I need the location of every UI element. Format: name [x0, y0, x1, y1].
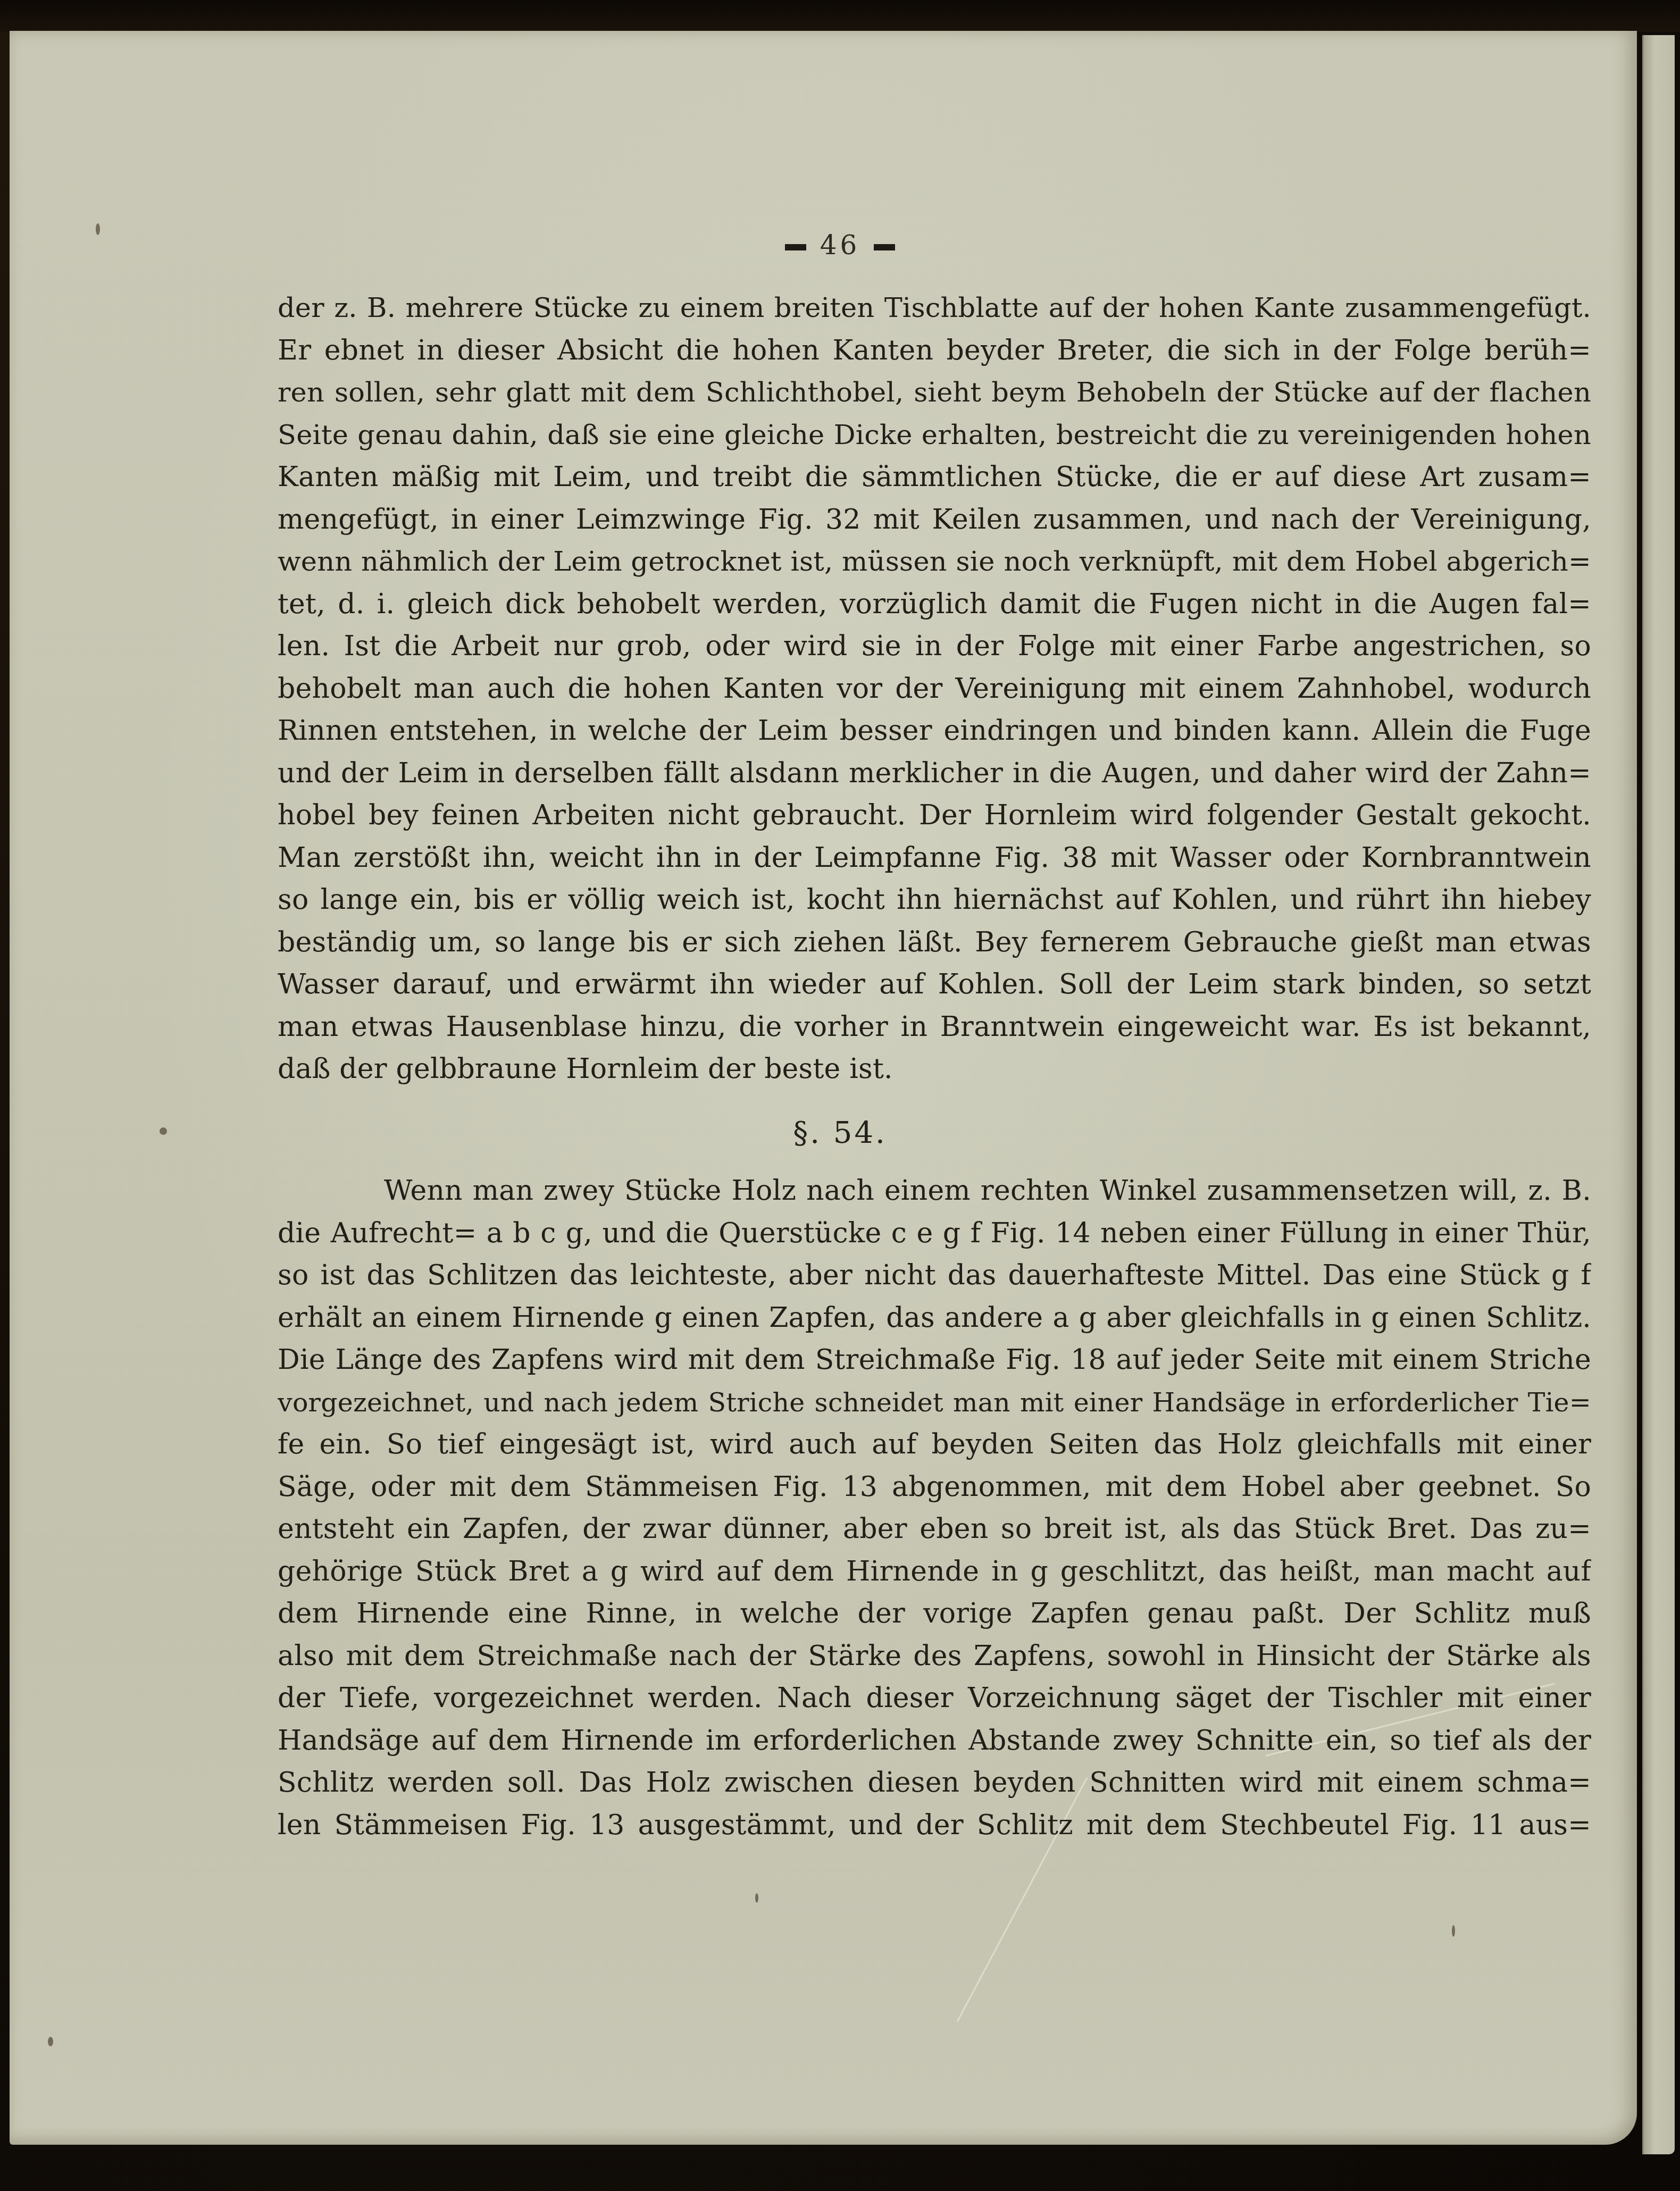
text-line: Handsäge auf dem Hirnende im erforderlic… — [278, 1720, 1591, 1762]
adjacent-page-edge — [1642, 35, 1675, 2154]
text-line: gehörige Stück Bret a g wird auf dem Hir… — [278, 1551, 1591, 1593]
text-line: die Aufrecht= a b c g, und die Querstück… — [278, 1212, 1591, 1255]
text-line: man etwas Hausenblase hinzu, die vorher … — [278, 1006, 1591, 1049]
text-line: behobelt man auch die hohen Kanten vor d… — [278, 668, 1591, 710]
text-line: Wenn man zwey Stücke Holz nach einem rec… — [278, 1170, 1591, 1212]
page-number: 46 — [820, 230, 860, 261]
scan-background-top — [0, 0, 1680, 32]
text-line: wenn nähmlich der Leim getrocknet ist, m… — [278, 541, 1591, 583]
text-line: beständig um, so lange bis er sich ziehe… — [278, 922, 1591, 964]
text-line: Rinnen entstehen, in welche der Leim bes… — [278, 710, 1591, 752]
text-line: erhält an einem Hirnende g einen Zapfen,… — [278, 1297, 1591, 1340]
text-line: len Stämmeisen Fig. 13 ausgestämmt, und … — [278, 1804, 1591, 1847]
text-line: vorgezeichnet, und nach jedem Striche sc… — [278, 1382, 1591, 1424]
text-line: also mit dem Streichmaße nach der Stärke… — [278, 1635, 1591, 1678]
text-line: fe ein. So tief eingesägt ist, wird auch… — [278, 1424, 1591, 1466]
text-line: dem Hirnende eine Rinne, in welche der v… — [278, 1593, 1591, 1635]
text-line: der z. B. mehrere Stücke zu einem breite… — [278, 287, 1591, 330]
text-line: so ist das Schlitzen das leichteste, abe… — [278, 1255, 1591, 1297]
text-line: Die Länge des Zapfens wird mit dem Strei… — [278, 1339, 1591, 1382]
section-heading: §. 54. — [0, 1116, 1680, 1150]
text-line: daß der gelbbraune Hornleim der beste is… — [278, 1048, 1591, 1091]
text-line: len. Ist die Arbeit nur grob, oder wird … — [278, 625, 1591, 668]
text-line: entsteht ein Zapfen, der zwar dünner, ab… — [278, 1508, 1591, 1551]
text-line: Schlitz werden soll. Das Holz zwischen d… — [278, 1762, 1591, 1804]
text-line: Seite genau dahin, daß sie eine gleiche … — [278, 414, 1591, 457]
scanned-page-view: 46 der z. B. mehrere Stücke zu einem bre… — [0, 0, 1680, 2191]
text-line: mengefügt, in einer Leimzwinge Fig. 32 m… — [278, 499, 1591, 541]
running-head: 46 — [0, 230, 1680, 261]
text-line: hobel bey feinen Arbeiten nicht gebrauch… — [278, 795, 1591, 837]
text-line: so lange ein, bis er völlig weich ist, k… — [278, 879, 1591, 922]
text-line: Er ebnet in dieser Absicht die hohen Kan… — [278, 330, 1591, 372]
paragraph-continued: der z. B. mehrere Stücke zu einem breite… — [278, 287, 1591, 1091]
text-line: tet, d. i. gleich dick behobelt werden, … — [278, 583, 1591, 626]
paper-speck — [48, 2037, 53, 2046]
paper-speck — [1452, 1925, 1455, 1937]
running-head-dash-left — [785, 244, 806, 250]
text-line: und der Leim in derselben fällt alsdann … — [278, 752, 1591, 795]
text-line: Wasser darauf, und erwärmt ihn wieder au… — [278, 964, 1591, 1006]
paragraph-section-54: Wenn man zwey Stücke Holz nach einem rec… — [278, 1170, 1591, 1846]
paper-speck — [755, 1893, 758, 1903]
text-line: Man zerstößt ihn, weicht ihn in der Leim… — [278, 837, 1591, 880]
running-head-dash-right — [874, 244, 895, 250]
text-line: ren sollen, sehr glatt mit dem Schlichth… — [278, 372, 1591, 414]
text-line: der Tiefe, vorgezeichnet werden. Nach di… — [278, 1677, 1591, 1720]
text-line: Säge, oder mit dem Stämmeisen Fig. 13 ab… — [278, 1466, 1591, 1509]
text-line: Kanten mäßig mit Leim, und treibt die sä… — [278, 456, 1591, 499]
